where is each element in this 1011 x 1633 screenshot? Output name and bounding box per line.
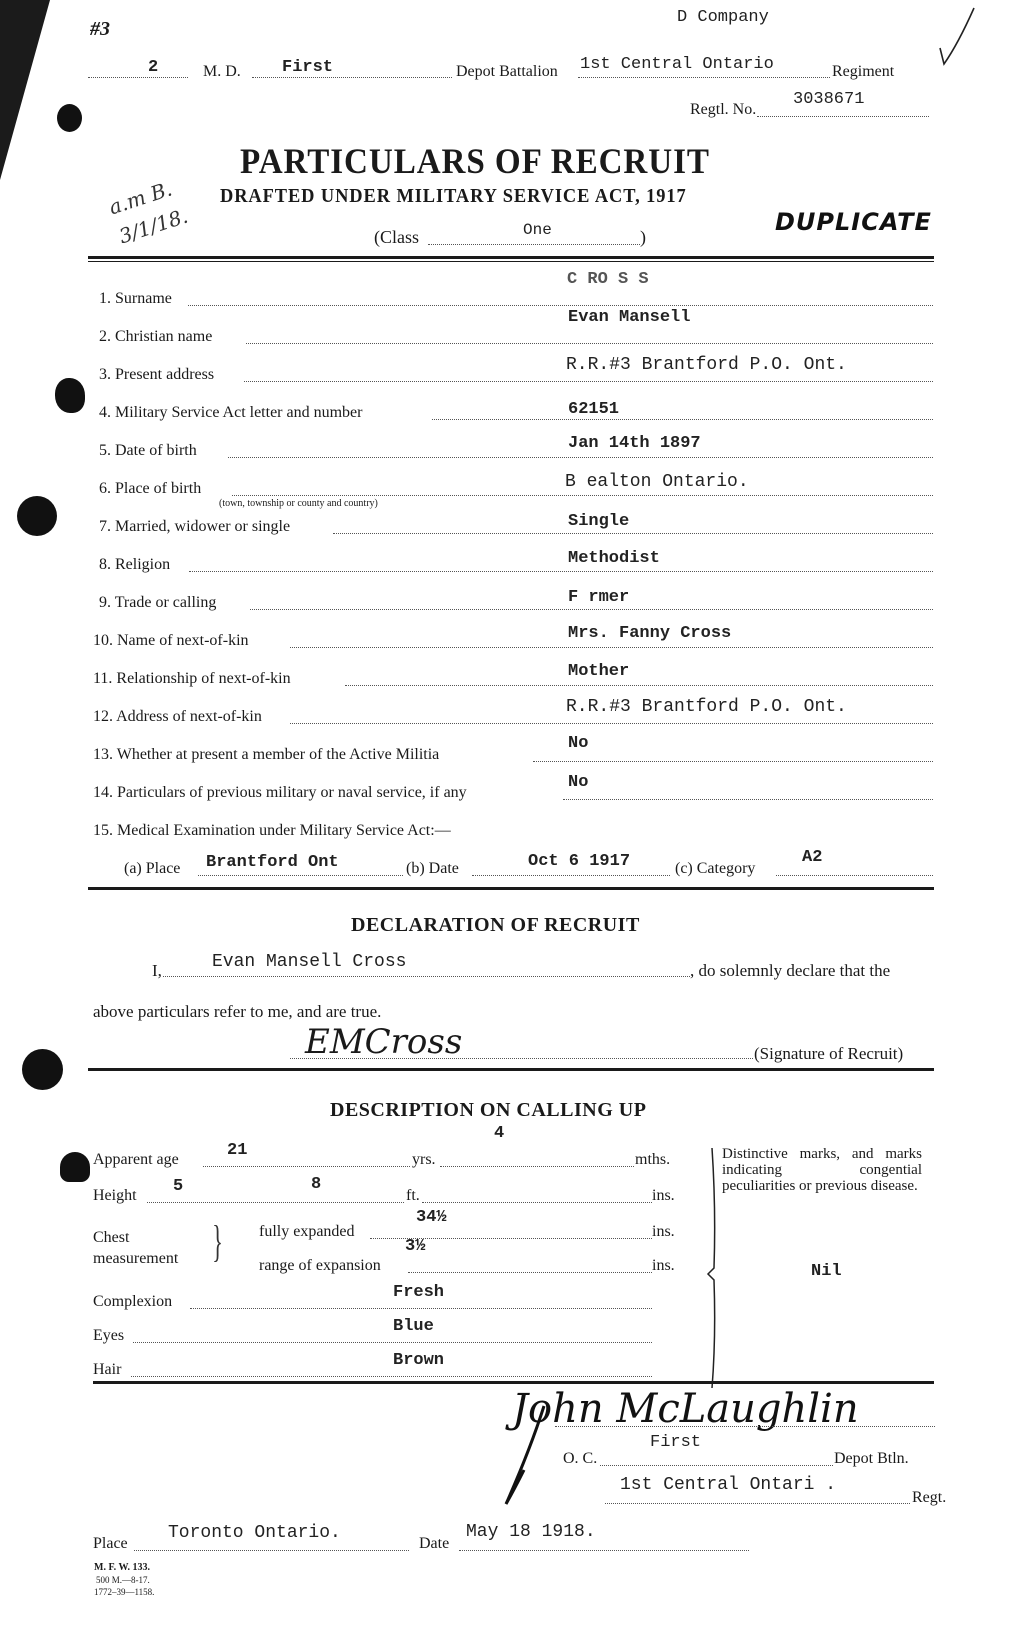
field-label-place-of-birth: 6. Place of birth [99,480,201,498]
depot-btln-label: Depot Btln. [834,1450,909,1468]
date-of-birth-value: Jan 14th 1897 [568,434,701,453]
field-line [147,1202,404,1203]
field-line [190,1308,652,1309]
field-line [440,1166,634,1167]
next-of-kin-address-value: R.R.#3 Brantford P.O. Ont. [566,697,847,717]
regiment-value: 1st Central Ontario [580,55,774,74]
field-line [600,1465,833,1466]
class-value: One [523,221,552,239]
years-label: yrs. [412,1151,436,1169]
punch-hole [17,496,57,536]
class-label-close: ) [640,227,646,248]
regtl-no-label: Regtl. No. [690,101,756,119]
field-line [333,533,933,534]
declaration-suffix: , do solemnly declare that the [690,961,890,981]
complexion-value: Fresh [393,1283,444,1302]
field-line [228,457,933,458]
field-label-next-of-kin-address: 12. Address of next-of-kin [93,708,262,726]
active-militia-value: No [568,734,588,753]
regt-value: 1st Central Ontari . [620,1475,836,1495]
inches-label: ins. [652,1187,675,1205]
punch-hole [57,104,82,132]
field-line [605,1503,910,1504]
chest-label: Chest [93,1229,129,1247]
doc-number: #3 [90,18,110,41]
religion-value: Methodist [568,549,660,568]
punch-hole [60,1152,90,1182]
punch-hole [55,378,85,413]
height-feet-value: 5 [173,1177,183,1196]
measurement-label: measurement [93,1250,178,1268]
apparent-age-label: Apparent age [93,1151,179,1169]
field-label-trade: 9. Trade or calling [99,594,216,612]
field-line [250,609,933,610]
company-label: D Company [677,8,769,27]
oc-label: O. C. [563,1450,597,1468]
hair-value: Brown [393,1351,444,1370]
medical-date-label: (b) Date [406,860,459,878]
field-line [563,799,933,800]
date-label: Date [419,1535,449,1553]
field-line [432,419,933,420]
field-line [133,1342,652,1343]
field-line [345,685,933,686]
punch-hole [22,1049,63,1090]
inches-label: ins. [652,1223,675,1241]
field-line [246,343,933,344]
title-rule [88,256,934,259]
field-line [776,875,933,876]
form-reference: 1772–39—1158. [94,1587,154,1597]
declaration-heading: DECLARATION OF RECRUIT [351,914,640,937]
field-line [422,1202,652,1203]
md-field-line [88,77,188,78]
eyes-label: Eyes [93,1327,124,1345]
medical-category-label: (c) Category [675,860,755,878]
date-value: May 18 1918. [466,1522,596,1542]
form-code: M. F. W. 133. [94,1562,150,1573]
regtl-no-value: 3038671 [793,90,864,109]
field-line [408,1272,652,1273]
christian-name-value: Evan Mansell [568,308,690,327]
marital-status-value: Single [568,512,629,531]
present-address-value: R.R.#3 Brantford P.O. Ont. [566,355,847,375]
place-of-birth-note: (town, township or county and country) [219,498,378,509]
scan-shadow-edge [0,0,48,6]
regt-label: Regt. [912,1489,946,1507]
apparent-age-value: 21 [227,1141,247,1160]
page-subtitle: DRAFTED UNDER MILITARY SERVICE ACT, 1917 [220,185,687,208]
field-line [188,305,933,306]
class-label: (Class [374,227,419,248]
complexion-label: Complexion [93,1293,172,1311]
form-print-run: 500 M.—8-17. [96,1575,150,1585]
field-label-next-of-kin: 10. Name of next-of-kin [93,632,249,650]
place-label: Place [93,1535,128,1553]
field-line [198,875,403,876]
oc-value: First [650,1433,701,1452]
field-line [459,1550,749,1551]
range-of-expansion-value: 3½ [405,1237,425,1256]
field-label-msa-number: 4. Military Service Act letter and numbe… [99,404,362,422]
scan-shadow-corner [0,0,50,180]
officer-signature-line [555,1426,935,1427]
eyes-value: Blue [393,1317,434,1336]
description-heading: DESCRIPTION ON CALLING UP [330,1099,646,1122]
duplicate-stamp: DUPLICATE [775,208,932,236]
brace-icon: } [212,1220,223,1264]
signature-flourish [500,1400,560,1510]
distinctive-marks-label: Distinctive marks, and marks indicating … [722,1146,922,1194]
signature-label: (Signature of Recruit) [754,1044,903,1064]
next-of-kin-value: Mrs. Fanny Cross [568,624,731,643]
field-line [244,381,933,382]
field-line [203,1166,410,1167]
inches-label: ins. [652,1257,675,1275]
recruit-signature: EMCross [305,1022,462,1062]
depot-battalion-value: First [282,58,333,77]
trade-value: F rmer [568,588,629,607]
place-of-birth-value: B ealton Ontario. [565,472,749,492]
md-value: 2 [148,58,158,77]
section-rule [88,887,934,890]
medical-category-value: A2 [802,848,822,867]
medical-date-value: Oct 6 1917 [528,852,630,871]
height-inches-value: 8 [311,1175,321,1194]
months-label: mths. [635,1151,670,1169]
relationship-value: Mother [568,662,629,681]
field-label-relationship: 11. Relationship of next-of-kin [93,670,291,688]
title-rule-thin [88,261,934,262]
declaration-line2: above particulars refer to me, and are t… [93,1002,381,1022]
depot-battalion-label: Depot Battalion [456,63,558,81]
checkmark-icon [930,4,980,68]
field-line [290,647,933,648]
fully-expanded-value: 34½ [268,1208,299,1227]
range-of-expansion-label: range of expansion [259,1257,381,1275]
regiment-field-line [578,77,830,78]
months-note: 4 [494,1124,504,1143]
field-label-medical-exam: 15. Medical Examination under Military S… [93,822,451,840]
previous-service-value: No [568,773,588,792]
field-label-religion: 8. Religion [99,556,170,574]
section-rule [93,1381,934,1384]
section-rule [88,1068,934,1071]
field-line [189,571,933,572]
place-value: Toronto Ontario. [168,1523,341,1543]
medical-place-value: Brantford Ont [206,853,339,872]
height-label: Height [93,1187,137,1205]
field-line [533,761,933,762]
field-line [472,875,670,876]
field-line [232,495,933,496]
field-line [134,1550,409,1551]
page-title: PARTICULARS OF RECRUIT [240,140,710,182]
regtl-no-field-line [757,116,929,117]
field-label-date-of-birth: 5. Date of birth [99,442,197,460]
declaration-name-value: Evan Mansell Cross [212,952,406,972]
msa-number-value: 62151 [568,400,619,419]
feet-label: ft. [406,1187,420,1205]
declaration-name-line [163,976,690,977]
field-label-active-militia: 13. Whether at present a member of the A… [93,746,439,764]
field-line [131,1376,652,1377]
field-line [290,723,933,724]
field-label-previous-service: 14. Particulars of previous military or … [93,784,467,802]
distinctive-marks-value: Nil [811,1262,842,1281]
surname-value: C RO S S [567,270,649,289]
md-label: M. D. [203,63,241,81]
declaration-prefix: I, [152,961,162,981]
field-label-surname: 1. Surname [99,290,172,308]
field-label-present-address: 3. Present address [99,366,214,384]
regiment-label: Regiment [832,63,894,81]
medical-place-label: (a) Place [124,860,180,878]
depot-field-line [252,77,452,78]
hair-label: Hair [93,1361,121,1379]
field-label-marital-status: 7. Married, widower or single [99,518,290,536]
class-field-line [428,244,640,245]
field-label-christian-name: 2. Christian name [99,328,212,346]
